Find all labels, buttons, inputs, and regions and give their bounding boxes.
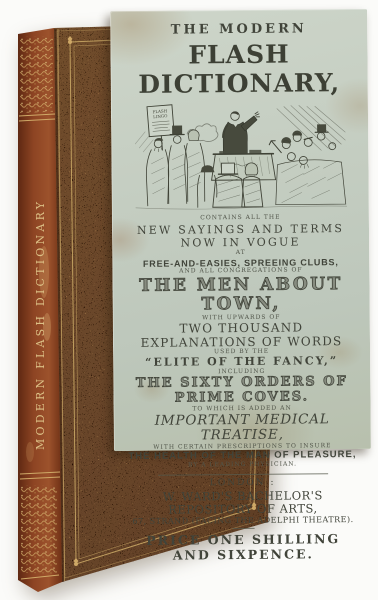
placard-sign: FLASH LINGO [146,105,174,151]
sixty-orders-line: THE SIXTY ORDERS OF PRIME COVES. [123,375,360,407]
ground-line [135,206,346,210]
audience-foreground [197,163,263,208]
price-line: PRICE ONE SHILLING AND SIXPENCE. [125,532,362,563]
spine-gilt-bottom-panel [20,472,60,579]
treatise-line: IMPORTANT MEDICAL TREATISE, [124,411,361,444]
explanations-line: TWO THOUSAND EXPLANATIONS OF WORDS [123,321,360,351]
spine-gilt-top-panel [19,36,55,121]
photo-canvas: MODERN FLASH DICTIONARY THE MODERN FLASH… [0,0,378,600]
imprint-city: LONDON : [124,477,361,489]
men-about-town-line: THE MEN ABOUT TOWN, [122,275,359,316]
spine-title: MODERN FLASH DICTIONARY [34,200,47,450]
crowd-left [145,126,204,207]
title-page-title: FLASH DICTIONARY, [120,40,357,100]
imprint-publisher: W. WARD'S BACHELOR'S REPOSITORY OF ARTS, [124,489,361,518]
speaker-figure [222,112,259,155]
sayings-line: NEW SAYINGS AND TERMS NOW IN VOGUE [122,223,359,250]
title-page-vignette-illustration: FLASH LINGO [130,102,349,210]
podium [211,150,275,181]
title-page-kicker: THE MODERN [120,22,357,39]
imprint-address: 67, STRAND (FACING THE ADELPHI THEATRE). [125,515,362,526]
crowd-right [269,125,346,206]
price-divider-rule [232,528,254,529]
title-page: THE MODERN FLASH DICTIONARY, FLASH LINGO [110,9,371,451]
